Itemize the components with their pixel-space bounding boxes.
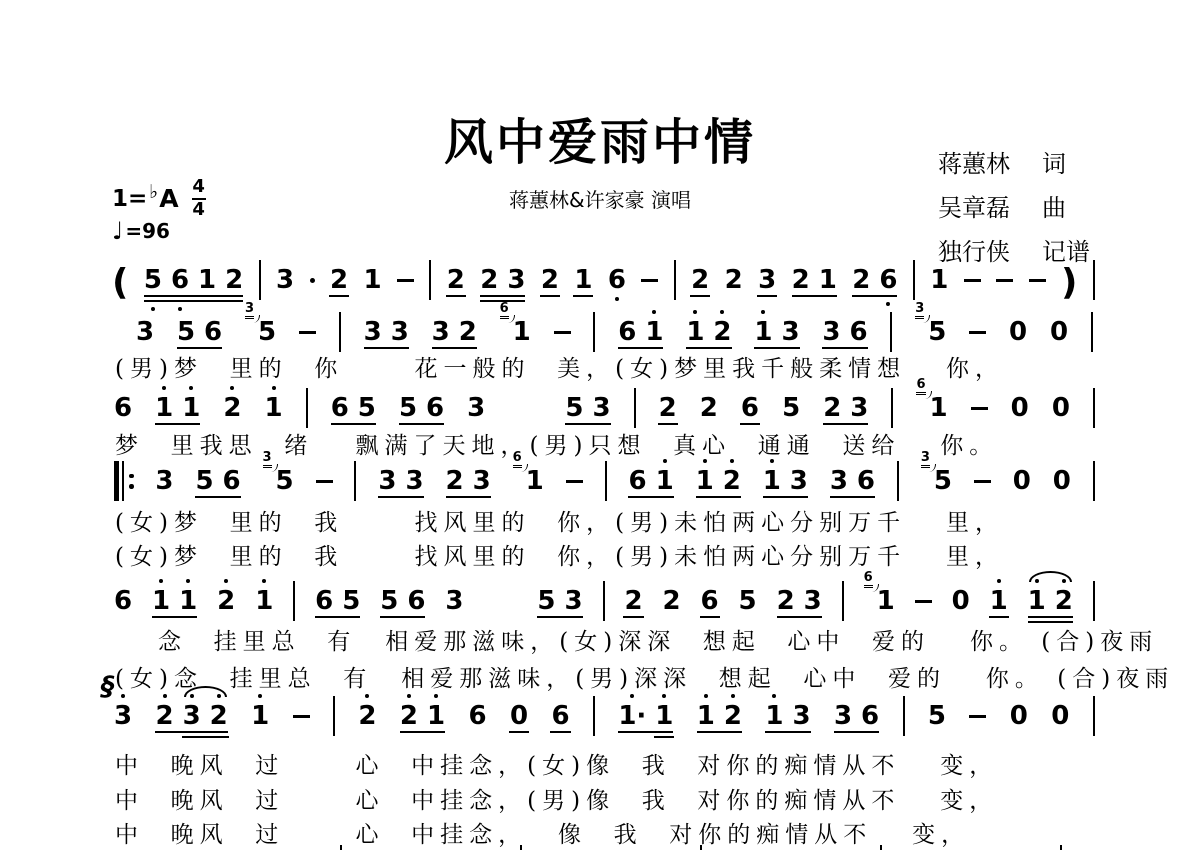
lyrics-row: (女)梦 里的 我 找风里的 你，(男)未怕两心分别万千 里，	[115, 504, 1004, 537]
beam-group: 13	[754, 319, 799, 345]
note-digit: 6	[315, 588, 333, 614]
lyrics-row: 中 晚风 过 心 中挂念，(女)像 我 对你的痴情从不 变，	[115, 747, 998, 780]
barline	[593, 696, 595, 736]
octave-dot-below	[615, 297, 619, 301]
beam-underline	[628, 496, 673, 499]
tie-underline	[182, 736, 229, 739]
note: 1	[155, 395, 173, 421]
next-system-cutoff-mark	[340, 845, 342, 850]
note: 3	[507, 267, 525, 293]
note-digit: 2	[852, 267, 870, 293]
note: 6	[223, 468, 241, 494]
note-digit: 3	[792, 703, 810, 729]
octave-dot-above	[720, 310, 724, 314]
note: 3	[391, 319, 409, 345]
beam-underline	[177, 347, 222, 350]
note: 6	[551, 703, 569, 729]
note-digit: 6	[114, 395, 132, 421]
duration-dash	[397, 279, 414, 282]
composer-role: 曲	[1042, 188, 1090, 223]
beam-underline	[822, 347, 867, 350]
octave-dot-above	[272, 386, 276, 390]
note: 16	[929, 395, 947, 421]
note: 2	[700, 395, 718, 421]
duration-dash	[974, 480, 991, 483]
beam-underline	[315, 616, 360, 619]
note-digit: 3	[406, 468, 424, 494]
note: 2	[358, 703, 376, 729]
beam-notes: 23	[777, 588, 822, 614]
note: 6	[879, 267, 897, 293]
note: 1	[363, 267, 381, 293]
barline	[1093, 388, 1095, 428]
note-digit: 1	[697, 703, 715, 729]
note-digit: 1	[265, 395, 283, 421]
note-digit: 6	[861, 703, 879, 729]
note: 5	[177, 319, 195, 345]
note-digit: 6	[171, 267, 189, 293]
note: 2	[225, 267, 243, 293]
note-digit: 3	[467, 395, 485, 421]
note: 1	[763, 468, 781, 494]
beam-notes: 232	[155, 703, 227, 729]
note-digit: 6	[608, 267, 626, 293]
octave-dot-above	[693, 310, 697, 314]
note: 5	[195, 468, 213, 494]
beam-underline	[830, 496, 875, 499]
octave-dot-above	[761, 310, 765, 314]
barline	[891, 388, 893, 428]
duration-dash	[971, 407, 988, 410]
duration-dash	[566, 480, 583, 483]
beam-notes: 13	[754, 319, 799, 345]
note: 6	[426, 395, 444, 421]
segno-icon: §	[101, 671, 115, 702]
beam-notes: 36	[830, 468, 875, 494]
note: 3	[804, 588, 822, 614]
quarter-note-icon: ♩	[112, 219, 123, 243]
octave-dot-above	[434, 694, 438, 698]
note-digit: 1	[655, 703, 673, 729]
beam-underline	[1028, 616, 1073, 619]
octave-dot-above	[997, 579, 1001, 583]
beam-underline	[195, 496, 240, 499]
beam-group: 11	[155, 395, 200, 421]
note-digit: 1	[645, 319, 663, 345]
next-system-cutoff-mark	[1060, 845, 1062, 850]
note: 2	[691, 267, 709, 293]
octave-dot-above	[217, 694, 221, 698]
note: 3	[406, 468, 424, 494]
composer-name: 吴章磊	[938, 188, 1010, 223]
note: 0	[1050, 319, 1068, 345]
beam-group: 36	[830, 468, 875, 494]
sheet-music-page: 风中爱雨中情 蒋蕙林&许家豪 演唱 蒋蕙林 词 吴章磊 曲 独行侠 记谱 1= …	[0, 0, 1200, 850]
note-digit: 5	[934, 468, 952, 494]
note: 3	[136, 319, 154, 345]
beam-underline	[792, 295, 837, 298]
note: 6	[608, 267, 626, 293]
beam-group: 12	[686, 319, 731, 345]
note-digit: 1	[363, 267, 381, 293]
duration-dash	[1029, 279, 1046, 282]
beam-notes: 23	[480, 267, 525, 293]
music-line-intro: (561232122321622321261)	[112, 266, 1095, 293]
note-digit: 5	[258, 319, 276, 345]
note: 1	[251, 703, 269, 729]
note: 0	[1052, 395, 1070, 421]
note: 2	[447, 267, 465, 293]
note-digit: 3	[136, 319, 154, 345]
music-line-verse2b: 611216556353226523160112	[114, 587, 1095, 614]
octave-dot-above	[190, 694, 194, 698]
note-digit: 1	[819, 267, 837, 293]
octave-dot-above	[186, 579, 190, 583]
octave-dot-above	[1035, 579, 1039, 583]
note: 16	[513, 319, 531, 345]
note-underline	[989, 616, 1009, 619]
note-digit: 1	[877, 588, 895, 614]
note-digit: 1	[155, 395, 173, 421]
beam-notes: 1·1	[618, 703, 673, 729]
beam-notes: 33	[378, 468, 423, 494]
key-signature: 1= ♭ A 4 4	[112, 178, 206, 219]
note: 6	[849, 319, 867, 345]
note-digit: 2	[459, 319, 477, 345]
note: 0	[1010, 703, 1028, 729]
beam-notes: 11	[155, 395, 200, 421]
note-digit: 2	[447, 267, 465, 293]
note: 53	[276, 468, 294, 494]
note: 1	[655, 703, 673, 729]
note: 5	[537, 588, 555, 614]
beam-group: 61	[628, 468, 673, 494]
beam-underline	[144, 295, 243, 298]
note-digit: 2	[330, 267, 348, 293]
note: 6	[171, 267, 189, 293]
note-digit: 6	[331, 395, 349, 421]
beam-notes: 56	[380, 588, 425, 614]
note-digit: 5	[537, 588, 555, 614]
note-digit: 5	[782, 395, 800, 421]
duration-dash	[969, 331, 986, 334]
note-digit: 5	[342, 588, 360, 614]
note-digit: 2	[724, 703, 742, 729]
note: 6	[857, 468, 875, 494]
note-digit: 5	[565, 395, 583, 421]
note: 0	[952, 588, 970, 614]
grace-note: 3	[245, 302, 254, 319]
note: 1	[819, 267, 837, 293]
beam-underline	[852, 295, 897, 298]
note-digit: 6	[426, 395, 444, 421]
note-digit: 2	[659, 395, 677, 421]
note-digit: 1	[763, 468, 781, 494]
time-bottom: 4	[192, 201, 205, 219]
beam-group: 65	[315, 588, 360, 614]
note-underline	[690, 295, 710, 298]
repeat-dots	[129, 461, 134, 501]
beam-underline	[155, 423, 200, 426]
note-digit: 3	[378, 468, 396, 494]
note-underline	[623, 616, 643, 619]
flat-sign-icon: ♭	[149, 181, 158, 203]
note: 0	[1053, 468, 1071, 494]
note-underline	[573, 295, 593, 298]
note: 0	[1009, 319, 1027, 345]
beam-notes: 53	[537, 588, 582, 614]
note: 5	[565, 395, 583, 421]
note: 0	[1013, 468, 1031, 494]
lyricist-name: 蒋蕙林	[938, 144, 1010, 179]
note: 3	[758, 267, 776, 293]
note-digit: 3	[183, 703, 201, 729]
beam-notes: 61	[618, 319, 663, 345]
note: 3	[781, 319, 799, 345]
note: 6	[701, 588, 719, 614]
note: 1	[198, 267, 216, 293]
note-digit: 1	[198, 267, 216, 293]
note-digit: 5	[928, 703, 946, 729]
octave-dot-below	[151, 307, 155, 311]
barline	[593, 312, 595, 352]
note: 1	[427, 703, 445, 729]
note: 1	[152, 588, 170, 614]
barline	[603, 581, 605, 621]
beam-notes: 65	[315, 588, 360, 614]
note: 6	[204, 319, 222, 345]
note-digit: 0	[1010, 703, 1028, 729]
barline	[674, 260, 676, 300]
note-digit: 0	[1011, 395, 1029, 421]
octave-dot-above	[230, 386, 234, 390]
beam-underline	[364, 347, 409, 350]
note-digit: 2	[723, 468, 741, 494]
octave-dot-below	[886, 302, 890, 306]
beam-underline	[144, 300, 243, 303]
note: 5	[358, 395, 376, 421]
barline	[913, 260, 915, 300]
octave-dot-above	[262, 579, 266, 583]
beam-group: 11	[152, 588, 197, 614]
note-digit: 0	[1013, 468, 1031, 494]
note: 6	[468, 703, 486, 729]
note: 1	[255, 588, 273, 614]
note-digit: 5	[399, 395, 417, 421]
note-digit: 2	[777, 588, 795, 614]
note-digit: 0	[510, 703, 528, 729]
note: 1	[645, 319, 663, 345]
beam-group: 5612	[144, 267, 243, 293]
note: 53	[928, 319, 946, 345]
note-digit: 0	[1009, 319, 1027, 345]
note: 2	[217, 588, 235, 614]
note-digit: 3	[790, 468, 808, 494]
note: 16	[877, 588, 895, 614]
beam-underline	[686, 347, 731, 350]
note-digit: 1	[427, 703, 445, 729]
octave-dot-above	[163, 694, 167, 698]
note: 2	[713, 319, 731, 345]
beam-group: 65	[331, 395, 376, 421]
note-digit: 6	[849, 319, 867, 345]
note-digit: 5	[358, 395, 376, 421]
note: 2	[1055, 588, 1073, 614]
note: 3	[473, 468, 491, 494]
note: 6	[628, 468, 646, 494]
beam-underline	[697, 731, 742, 734]
note: 6	[114, 395, 132, 421]
lyrics-row: (男)梦 里的 你 花一般的 美，(女)梦里我千般柔情想 你，	[115, 350, 1004, 383]
note: 3	[276, 267, 294, 293]
octave-dot-above	[407, 694, 411, 698]
repeat-thick-bar	[114, 461, 119, 501]
beam-group: 21	[792, 267, 837, 293]
note-digit: 1	[696, 468, 714, 494]
beam-group: 32	[432, 319, 477, 345]
music-line-chorus: 323212216061·1121336500	[114, 702, 1095, 729]
note-underline	[446, 295, 466, 298]
note-digit: 3	[781, 319, 799, 345]
note-digit: 1	[513, 319, 531, 345]
beam-underline	[777, 616, 822, 619]
duration-dash	[996, 279, 1013, 282]
barline	[1093, 461, 1095, 501]
note-digit: 1	[929, 395, 947, 421]
time-signature: 4 4	[192, 178, 206, 219]
note: 2	[792, 267, 810, 293]
duration-dash	[641, 279, 658, 282]
note-digit: 2	[155, 703, 173, 729]
repeat-open-icon	[114, 461, 134, 501]
beam-group: 23	[480, 267, 525, 293]
parenthesis: )	[1061, 269, 1077, 298]
note-digit: 1	[255, 588, 273, 614]
beam-underline	[152, 616, 197, 619]
note-digit: 2	[541, 267, 559, 293]
note: 53	[258, 319, 276, 345]
note-digit: 5	[739, 588, 757, 614]
note-digit: 3	[564, 588, 582, 614]
beam-notes: 56	[195, 468, 240, 494]
tie-notes: 32	[183, 703, 228, 729]
beam-notes: 11	[152, 588, 197, 614]
duration-dash	[969, 715, 986, 718]
note: 1	[697, 703, 715, 729]
note-digit: 6	[618, 319, 636, 345]
beam-underline	[823, 423, 868, 426]
note-digit: 2	[210, 703, 228, 729]
note-digit: 0	[1050, 319, 1068, 345]
octave-dot-above	[704, 694, 708, 698]
note: 6	[741, 395, 759, 421]
note: 2	[662, 588, 680, 614]
barline	[842, 581, 844, 621]
note: 5	[342, 588, 360, 614]
tie-notes: 12	[1028, 588, 1073, 614]
barline	[333, 696, 335, 736]
beam-notes: 23	[823, 395, 868, 421]
barline	[605, 461, 607, 501]
note: 2	[446, 468, 464, 494]
note-digit: 2	[217, 588, 235, 614]
beam-notes: 21	[400, 703, 445, 729]
note-digit: 2	[480, 267, 498, 293]
note-digit: 2	[713, 319, 731, 345]
beam-group: 23	[446, 468, 491, 494]
note: 3	[792, 703, 810, 729]
beam-group: 53	[537, 588, 582, 614]
beam-group: 56	[380, 588, 425, 614]
note-digit: 3	[473, 468, 491, 494]
beam-notes: 65	[331, 395, 376, 421]
note-digit: 3	[804, 588, 822, 614]
barline	[429, 260, 431, 300]
note: 5	[928, 703, 946, 729]
note: 2	[400, 703, 418, 729]
grace-note: 3	[915, 302, 924, 319]
barline	[1093, 260, 1095, 300]
note: 1	[696, 468, 714, 494]
beam-group: 53	[565, 395, 610, 421]
duration-dash	[299, 331, 316, 334]
note: 3	[114, 703, 132, 729]
note-digit: 5	[380, 588, 398, 614]
note-digit: 6	[628, 468, 646, 494]
duration-dash	[316, 480, 333, 483]
note-digit: 1	[574, 267, 592, 293]
note-digit: 2	[700, 395, 718, 421]
note: 5	[144, 267, 162, 293]
note: 0	[510, 703, 528, 729]
note-digit: 3	[432, 319, 450, 345]
beam-notes: 13	[763, 468, 808, 494]
beam-notes: 36	[834, 703, 879, 729]
octave-dot-above	[630, 694, 634, 698]
key-prefix: 1=	[112, 186, 147, 212]
note-digit: 6	[741, 395, 759, 421]
tempo-value: =96	[125, 219, 170, 243]
note-digit: 6	[701, 588, 719, 614]
note-digit: 3	[834, 703, 852, 729]
note-digit: 2	[725, 267, 743, 293]
beam-underline	[331, 423, 376, 426]
duration-dash	[293, 715, 310, 718]
note-digit: 0	[1053, 468, 1071, 494]
note-digit: 5	[177, 319, 195, 345]
beam-group: 56	[195, 468, 240, 494]
note: 3	[564, 588, 582, 614]
beam-underline	[565, 423, 610, 426]
note: 0	[1011, 395, 1029, 421]
lyrics-row: 念 挂里总 有 相爱那滋味，(女)深深 想起 心中 爱的 你。 (合)夜雨	[158, 623, 1158, 656]
beam-group: 36	[834, 703, 879, 729]
note: 1	[686, 319, 704, 345]
note-digit: 3	[822, 319, 840, 345]
note-digit: 3	[391, 319, 409, 345]
note: 0	[1051, 703, 1069, 729]
lyrics-row: 中 晚风 过 心 中挂念， 像 我 对你的痴情从不 变，	[115, 816, 970, 849]
note: 1	[265, 395, 283, 421]
note: 3	[467, 395, 485, 421]
note-underline	[740, 423, 760, 426]
note-digit: 3	[445, 588, 463, 614]
beam-group: 21	[400, 703, 445, 729]
note: 1	[182, 395, 200, 421]
note-digit: 3	[364, 319, 382, 345]
note-digit: 1	[251, 703, 269, 729]
beam-notes: 56	[399, 395, 444, 421]
